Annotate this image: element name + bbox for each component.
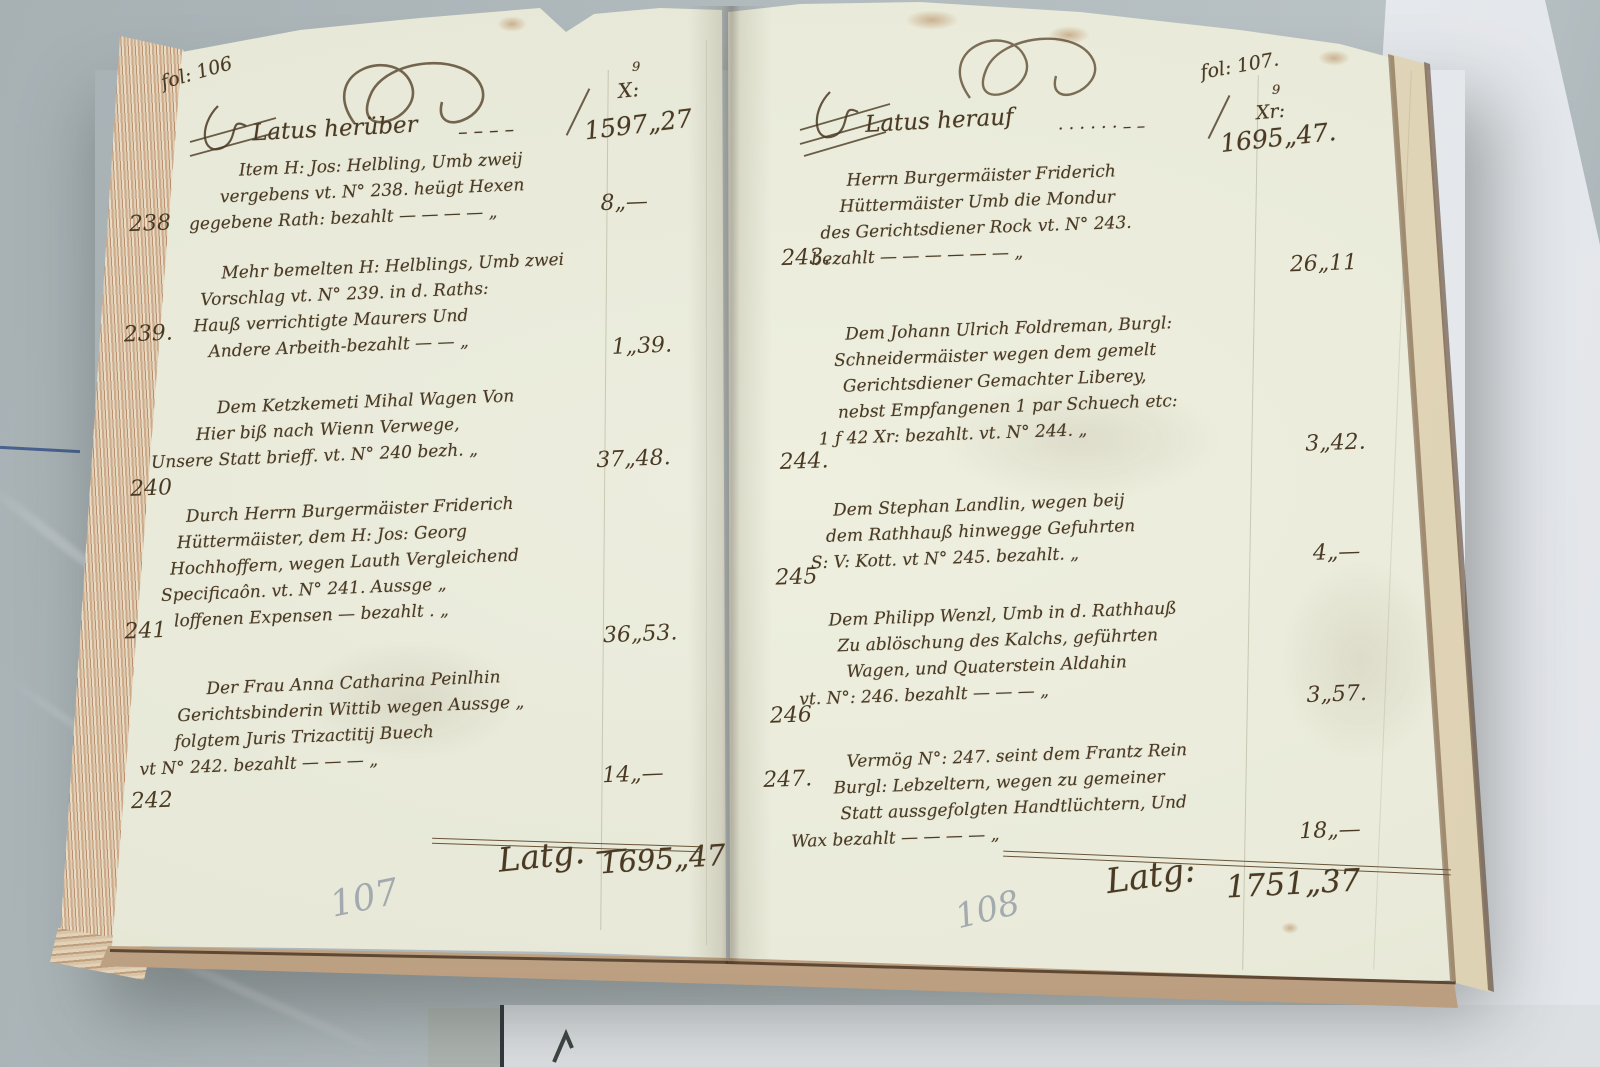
ledger-entry-241: 241 Durch Herrn Burgermäister Friderich … [157,488,592,635]
foxing-spot [497,16,527,32]
gutter-shadow [688,6,772,964]
foxing-spot [1318,50,1350,66]
paper-sheet-bottom [500,1005,1600,1067]
ledger-entry-245: 245 Dem Stephan Landlin, wegen beij dem … [821,483,1263,576]
ink-bleedthrough [1280,560,1440,760]
currency-unit: Xr: [1255,100,1286,124]
foxing-spot [1281,922,1299,934]
entry-amount: 3„57. [1306,683,1367,707]
latus-dashes: · · · · · · – – [1058,116,1146,139]
entry-number: 246 [770,704,813,727]
entry-amount: 8„— [600,191,648,215]
ledger-entry-246: 246 Dem Philipp Wenzl, Umb in d. Rathhau… [818,592,1271,712]
entry-number: 245 [775,566,818,589]
ledger-entry-247: 247. Vermög N°: 247. seint dem Frantz Re… [818,734,1281,854]
entry-number: 240 [130,477,173,501]
entry-number: 241 [124,620,167,644]
entry-amount: 36„53. [603,622,678,647]
dark-mark-on-table [552,1032,578,1066]
currency-superscript: 9 [1272,83,1280,98]
currency-superscript: 9 [632,60,640,75]
ledger-entry-243: 243. Herrn Burgermäister Friderich Hütte… [838,153,1271,272]
entry-amount: 3„42. [1305,432,1366,456]
entry-amount: 18„— [1299,819,1361,843]
ledger-entry-239: 239. Mehr bemelten H: Helblings, Umb zwe… [183,245,607,366]
ledger-entry-242: 242 Der Frau Anna Catharina Peinlhin Ger… [158,661,592,782]
entry-amount: 26„11 [1289,252,1357,276]
entry-amount: 4„— [1313,541,1361,565]
latus-dashes: – – – – [457,119,514,144]
table-shadow-patch [428,1008,500,1067]
entry-amount: 14„— [602,763,664,787]
entry-number: 238 [129,212,172,236]
entry-number: 247. [763,768,813,792]
ledger-entry-244: 244. Dem Johann Ulrich Foldreman, Burgl:… [833,307,1277,452]
table-line [0,446,80,453]
entry-number: 239. [123,323,173,347]
entry-number: 244. [779,450,829,474]
currency-unit: X: [617,77,640,103]
total-amount: 1751„37 [1225,863,1361,906]
foxing-spot [905,10,959,30]
photo-of-open-ledger: fol: 106 Latus herüber – – – – 9 X: 1597… [0,0,1600,1067]
entry-amount: 1„39. [611,334,672,358]
entry-amount: 37„48. [596,447,671,472]
column-rule [706,40,707,945]
entry-number: 243. [781,246,831,270]
entry-number: 242 [130,790,173,814]
